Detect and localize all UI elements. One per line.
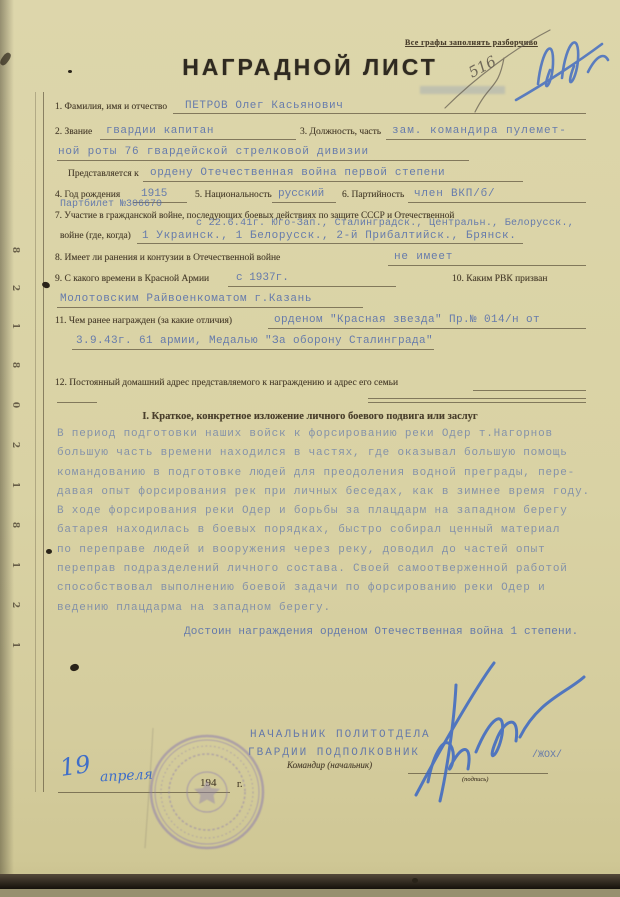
commander-signature [398,655,598,805]
field-5-value: русский [278,188,324,200]
citation-line: переправ подразделений личного состава. … [57,563,592,582]
signer-position-line2: ГВАРДИИ ПОДПОЛКОВНИК [248,747,420,759]
pencil-strokes [445,30,550,112]
form-left-rule-outer [35,92,36,792]
underline [100,139,296,140]
margin-mark: 1 [10,482,20,488]
field-7-value-line2: 1 Украинск., 1 Белорусск., 2-й Прибалтий… [142,230,516,242]
field-11-value-line1: орденом "Красная звезда" Пр.№ 014/н от [274,314,540,326]
margin-mark: 0 [10,402,20,408]
underline [408,202,586,203]
field-10-value: Молотовским Райвоенкоматом г.Казань [60,293,312,305]
double-rule [368,398,586,403]
award-sheet-document: 8 2 1 8 0 2 1 8 1 2 1 Все графы заполнят… [0,0,620,897]
citation-body: В период подготовки наших войск к форсир… [57,428,592,621]
citation-line: по переправе людей и вооружения через ре… [57,544,592,563]
field-7-value-line1: с 22.6.41г. Юго-Зап., Сталинградск., Цен… [196,218,574,229]
margin-mark: 8 [10,247,20,253]
underline [173,113,586,114]
underline [57,402,97,403]
underline [272,202,336,203]
underline [386,139,586,140]
section-1-heading: I. Краткое, конкретное изложение личного… [0,411,620,422]
field-2-label: 2. Звание [55,127,92,137]
underline [72,349,434,350]
margin-mark: 2 [10,285,20,291]
citation-line: командованию в подготовке людей для прео… [57,467,592,486]
underline [268,328,586,329]
bottom-edge-strip [0,874,620,889]
underline [143,181,523,182]
ink-flourish [516,42,608,100]
margin-mark: 8 [10,362,20,368]
citation-conclusion: Достоин награждения орденом Отечественна… [184,626,578,638]
field-1-label: 1. Фамилия, имя и отчество [55,102,167,112]
presented-label: Представляется к [68,169,139,179]
underline [388,265,586,266]
field-8-value: не имеет [394,251,453,263]
handwritten-day: 19 [58,750,92,782]
pencil-number: 516 [465,52,499,82]
underline [228,286,396,287]
field-10-label: 10. Каким РВК призван [452,274,547,284]
field-12-label: 12. Постоянный домашний адрес представля… [55,378,398,388]
margin-mark: 1 [10,642,20,648]
field-9-label: 9. С какого времени в Красной Армии [55,274,209,284]
citation-line: способствовал выполнению боевой задачи п… [57,582,592,601]
round-stamp [143,728,271,856]
field-3-label: 3. Должность, часть [300,127,381,137]
form-left-rule [43,92,44,792]
presented-value: ордену Отечественная война первой степен… [150,167,445,179]
margin-mark: 2 [10,602,20,608]
margin-mark: 8 [10,522,20,528]
citation-line: большую часть времени находился в частях… [57,447,592,466]
margin-mark: 2 [10,442,20,448]
field-6-label: 6. Партийность [342,190,404,200]
underline [57,160,469,161]
ink-spot [46,549,52,554]
left-edge-shadow [0,0,14,897]
field-6-value-line2: Партбилет №306670 [60,199,162,210]
field-7-label-line2: войне (где, когда) [60,231,131,241]
field-2-value: гвардии капитан [106,125,214,137]
margin-mark: 1 [10,323,20,329]
citation-line: батарея находилась в боевых порядках, бы… [57,524,592,543]
citation-line: давая опыт форсирования рек при личных б… [57,486,592,505]
underline [137,243,523,244]
citation-line: ведению плацдарма на западном берегу. [57,602,592,621]
field-11-value-line2: 3.9.43г. 61 армии, Медалью "За оборону С… [76,335,433,347]
margin-mark: 1 [10,562,20,568]
ink-spot [412,878,418,883]
field-5-label: 5. Национальность [195,190,272,200]
citation-line: В период подготовки наших войск к форсир… [57,428,592,447]
field-6-value: член ВКП/б/ [414,188,495,200]
field-8-label: 8. Имеет ли ранения и контузии в Отечест… [55,253,280,263]
underline [57,307,363,308]
commander-caption: Командир (начальник) [287,760,372,770]
underline [473,390,586,391]
field-3-value-line1: зам. командира пулемет- [392,125,567,137]
field-3-value-line2: ной роты 76 гвардейской стрелковой дивиз… [58,146,369,158]
field-1-value: ПЕТРОВ Олег Касьянович [185,100,343,112]
field-11-label: 11. Чем ранее награжден (за какие отличи… [55,316,232,326]
bottom-paper-edge [0,889,620,897]
ink-spot [68,70,72,73]
ink-spot [69,663,80,672]
citation-line: В ходе форсирования реки Одер и борьбы з… [57,505,592,524]
field-9-value: с 1937г. [236,272,289,284]
